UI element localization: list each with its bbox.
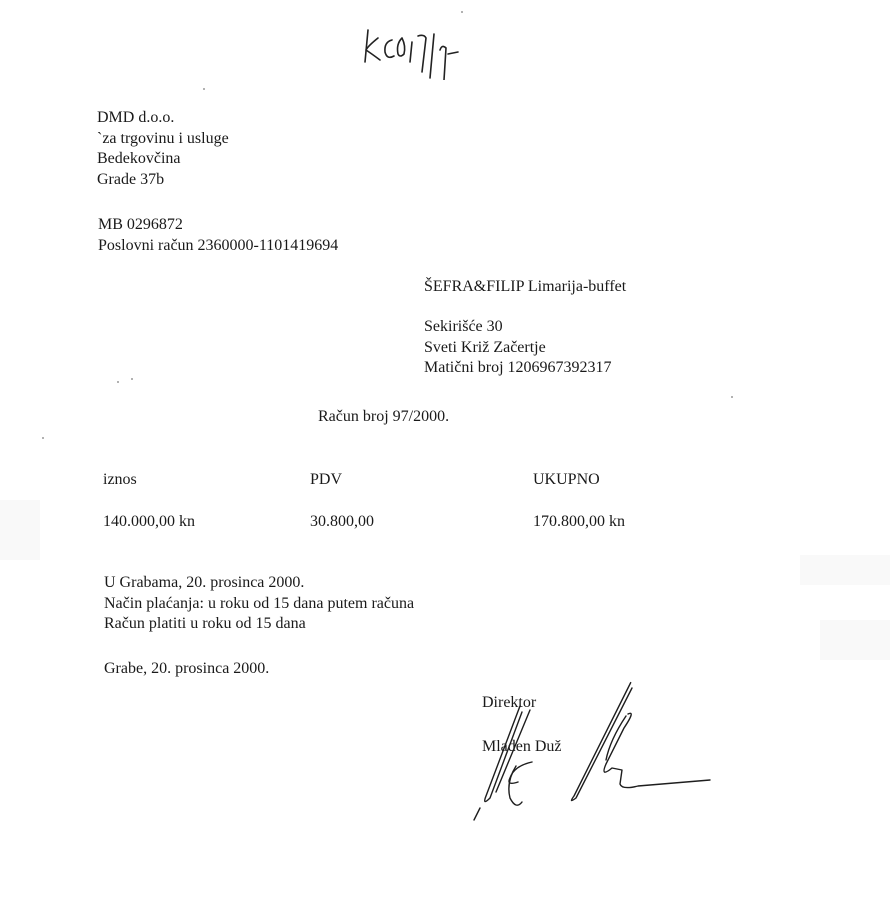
handwriting-icon bbox=[360, 20, 470, 80]
signatory-name: Mladen Duž bbox=[482, 737, 562, 757]
amount-label: iznos bbox=[103, 470, 195, 490]
sender-city: Bedekovčina bbox=[97, 149, 229, 170]
scan-speck bbox=[42, 437, 44, 439]
amount-label: PDV bbox=[310, 470, 374, 490]
scan-speck bbox=[131, 378, 133, 380]
scan-artifact bbox=[0, 500, 40, 560]
amount-value: 140.000,00 kn bbox=[103, 512, 195, 532]
sender-address: DMD d.o.o. `za trgovinu i usluge Bedekov… bbox=[97, 108, 229, 190]
note-payment-method: Način plaćanja: u roku od 15 dana putem … bbox=[104, 594, 414, 615]
recipient-registration: Matični broj 1206967392317 bbox=[424, 358, 612, 379]
closing-date: Grabe, 20. prosinca 2000. bbox=[104, 659, 269, 679]
sender-identifiers: MB 0296872 Poslovni račun 2360000-110141… bbox=[98, 215, 338, 256]
invoice-page: DMD d.o.o. `za trgovinu i usluge Bedekov… bbox=[0, 0, 890, 907]
scan-artifact bbox=[800, 555, 890, 585]
sender-company-type: `za trgovinu i usluge bbox=[97, 129, 229, 150]
recipient-address: Sekirišće 30 Sveti Križ Začertje Matični… bbox=[424, 317, 612, 379]
amount-value: 30.800,00 bbox=[310, 512, 374, 532]
amount-column-net: iznos 140.000,00 kn bbox=[103, 470, 195, 532]
scan-speck bbox=[117, 381, 119, 383]
handwritten-annotation bbox=[360, 20, 470, 86]
signature-block: Direktor Mladen Duž bbox=[482, 693, 562, 757]
invoice-number: Račun broj 97/2000. bbox=[318, 407, 449, 427]
scan-speck bbox=[203, 88, 205, 90]
amount-value: 170.800,00 kn bbox=[533, 512, 625, 532]
amount-column-vat: PDV 30.800,00 bbox=[310, 470, 374, 532]
note-place-date: U Grabama, 20. prosinca 2000. bbox=[104, 573, 414, 594]
recipient-name: ŠEFRA&FILIP Limarija-buffet bbox=[424, 277, 626, 297]
sender-mb: MB 0296872 bbox=[98, 215, 338, 236]
recipient-city: Sveti Križ Začertje bbox=[424, 338, 612, 359]
amount-column-total: UKUPNO 170.800,00 kn bbox=[533, 470, 625, 532]
scan-speck bbox=[461, 11, 463, 13]
sender-account: Poslovni račun 2360000-1101419694 bbox=[98, 236, 338, 257]
sender-company: DMD d.o.o. bbox=[97, 108, 229, 129]
note-payment-terms: Račun platiti u roku od 15 dana bbox=[104, 614, 414, 635]
signatory-title: Direktor bbox=[482, 693, 562, 713]
scan-artifact bbox=[820, 620, 890, 660]
scan-speck bbox=[731, 396, 733, 398]
sender-street: Grade 37b bbox=[97, 170, 229, 191]
amount-label: UKUPNO bbox=[533, 470, 625, 490]
payment-notes: U Grabama, 20. prosinca 2000. Način plać… bbox=[104, 573, 414, 635]
recipient-street: Sekirišće 30 bbox=[424, 317, 612, 338]
